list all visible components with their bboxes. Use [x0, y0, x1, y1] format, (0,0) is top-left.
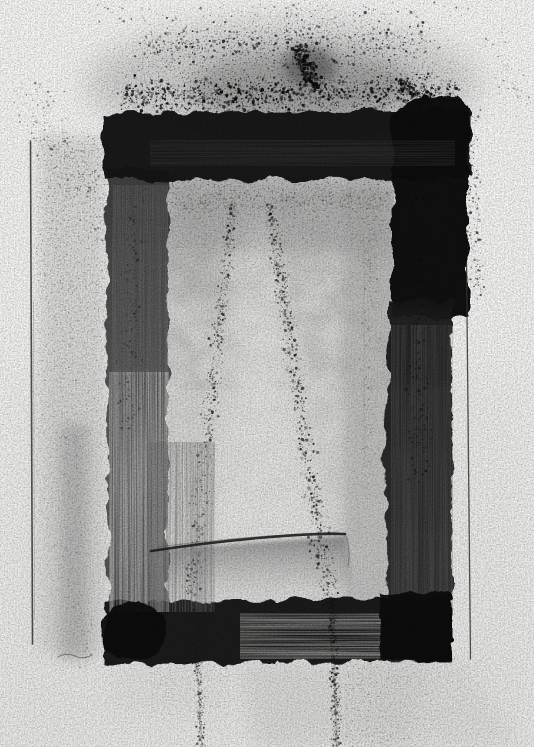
- grain-layer: [0, 0, 534, 747]
- artwork-canvas: [0, 0, 534, 747]
- paper-grain: [0, 0, 534, 747]
- artwork-stage: [0, 0, 534, 747]
